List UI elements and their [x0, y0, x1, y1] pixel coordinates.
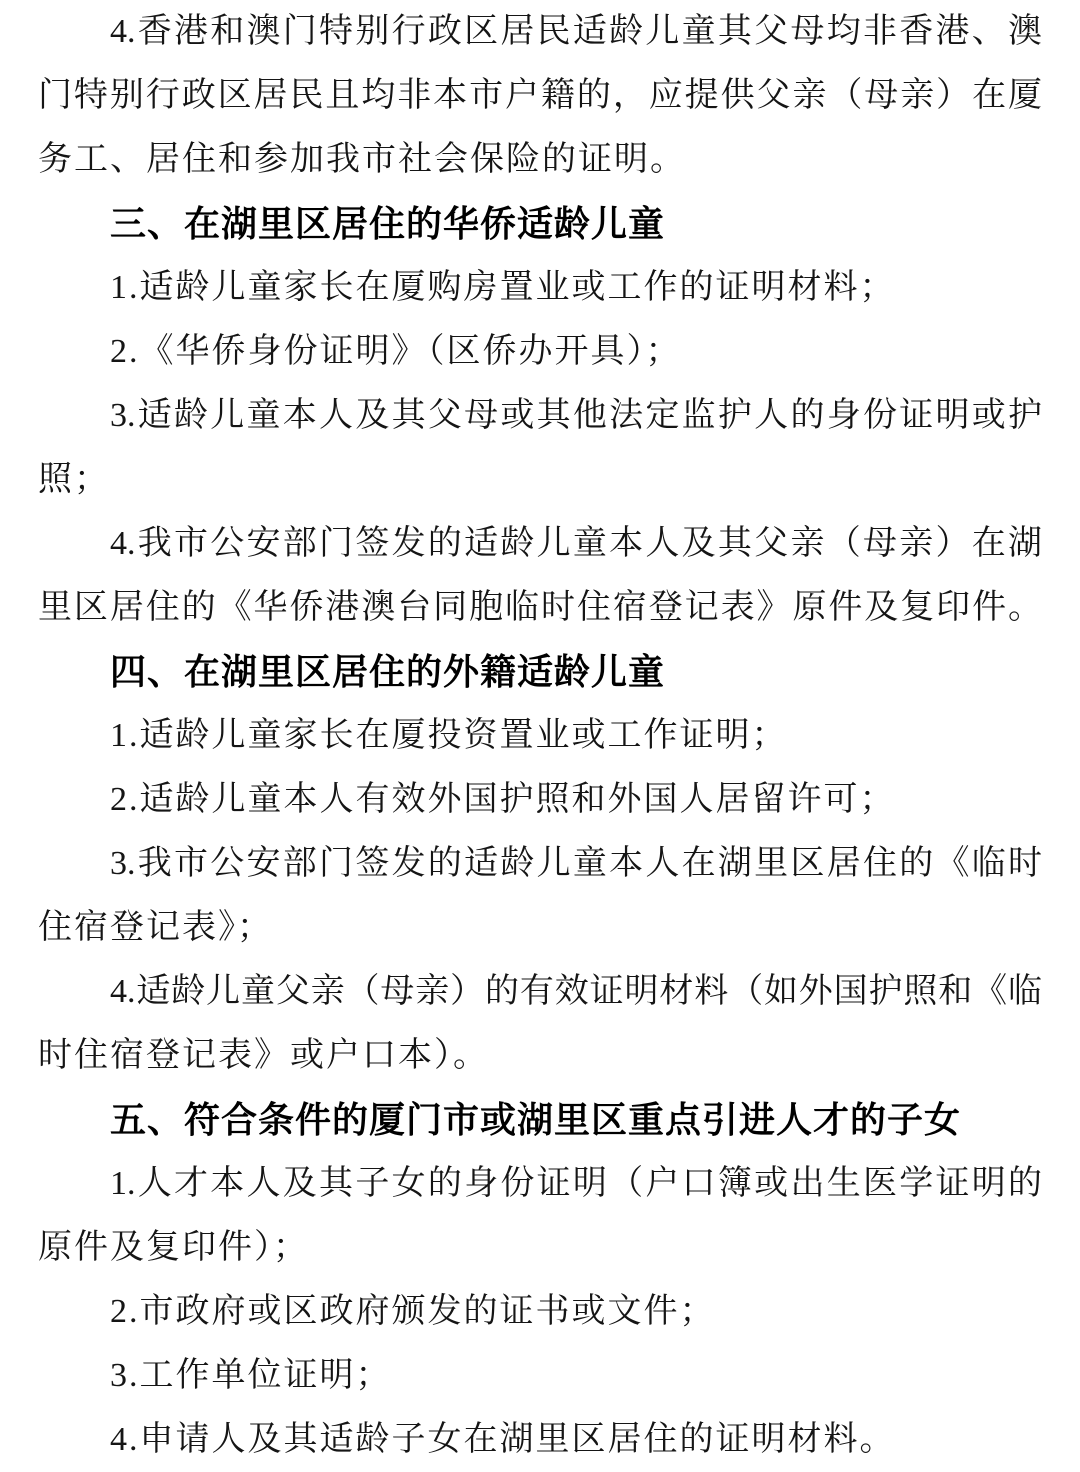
text-line: 2.适龄儿童本人有效外国护照和外国人居留许可； [38, 768, 1042, 832]
text-line: 1.人才本人及其子女的身份证明（户口簿或出生医学证明的 [38, 1152, 1042, 1216]
text-line: 照； [38, 448, 1042, 512]
text-line: 1.适龄儿童家长在厦购房置业或工作的证明材料； [38, 256, 1042, 320]
text-line: 务工、居住和参加我市社会保险的证明。 [38, 128, 1042, 192]
text-line: 3.工作单位证明； [38, 1344, 1042, 1408]
text-line: 里区居住的《华侨港澳台同胞临时住宿登记表》原件及复印件。 [38, 576, 1042, 640]
text-line: 3.适龄儿童本人及其父母或其他法定监护人的身份证明或护 [38, 384, 1042, 448]
text-line: 原件及复印件）； [38, 1216, 1042, 1280]
text-line: 4.香港和澳门特别行政区居民适龄儿童其父母均非香港、澳 [38, 0, 1042, 64]
section-heading: 三、在湖里区居住的华侨适龄儿童 [38, 192, 1042, 256]
text-line: 1.适龄儿童家长在厦投资置业或工作证明； [38, 704, 1042, 768]
text-line: 时住宿登记表》或户口本）。 [38, 1024, 1042, 1088]
text-line: 4.我市公安部门签发的适龄儿童本人及其父亲（母亲）在湖 [38, 512, 1042, 576]
text-line: 3.我市公安部门签发的适龄儿童本人在湖里区居住的《临时 [38, 832, 1042, 896]
text-line: 门特别行政区居民且均非本市户籍的，应提供父亲（母亲）在厦 [38, 64, 1042, 128]
section-heading: 五、符合条件的厦门市或湖里区重点引进人才的子女 [38, 1088, 1042, 1152]
text-line: 4.适龄儿童父亲（母亲）的有效证明材料（如外国护照和《临 [38, 960, 1042, 1024]
text-line: 2.《华侨身份证明》（区侨办开具）； [38, 320, 1042, 384]
text-line: 2.市政府或区政府颁发的证书或文件； [38, 1280, 1042, 1344]
section-heading: 四、在湖里区居住的外籍适龄儿童 [38, 640, 1042, 704]
text-line: 住宿登记表》； [38, 896, 1042, 960]
text-line: 4.申请人及其适龄子女在湖里区居住的证明材料。 [38, 1408, 1042, 1472]
document-page: 4.香港和澳门特别行政区居民适龄儿童其父母均非香港、澳门特别行政区居民且均非本市… [0, 0, 1080, 1472]
